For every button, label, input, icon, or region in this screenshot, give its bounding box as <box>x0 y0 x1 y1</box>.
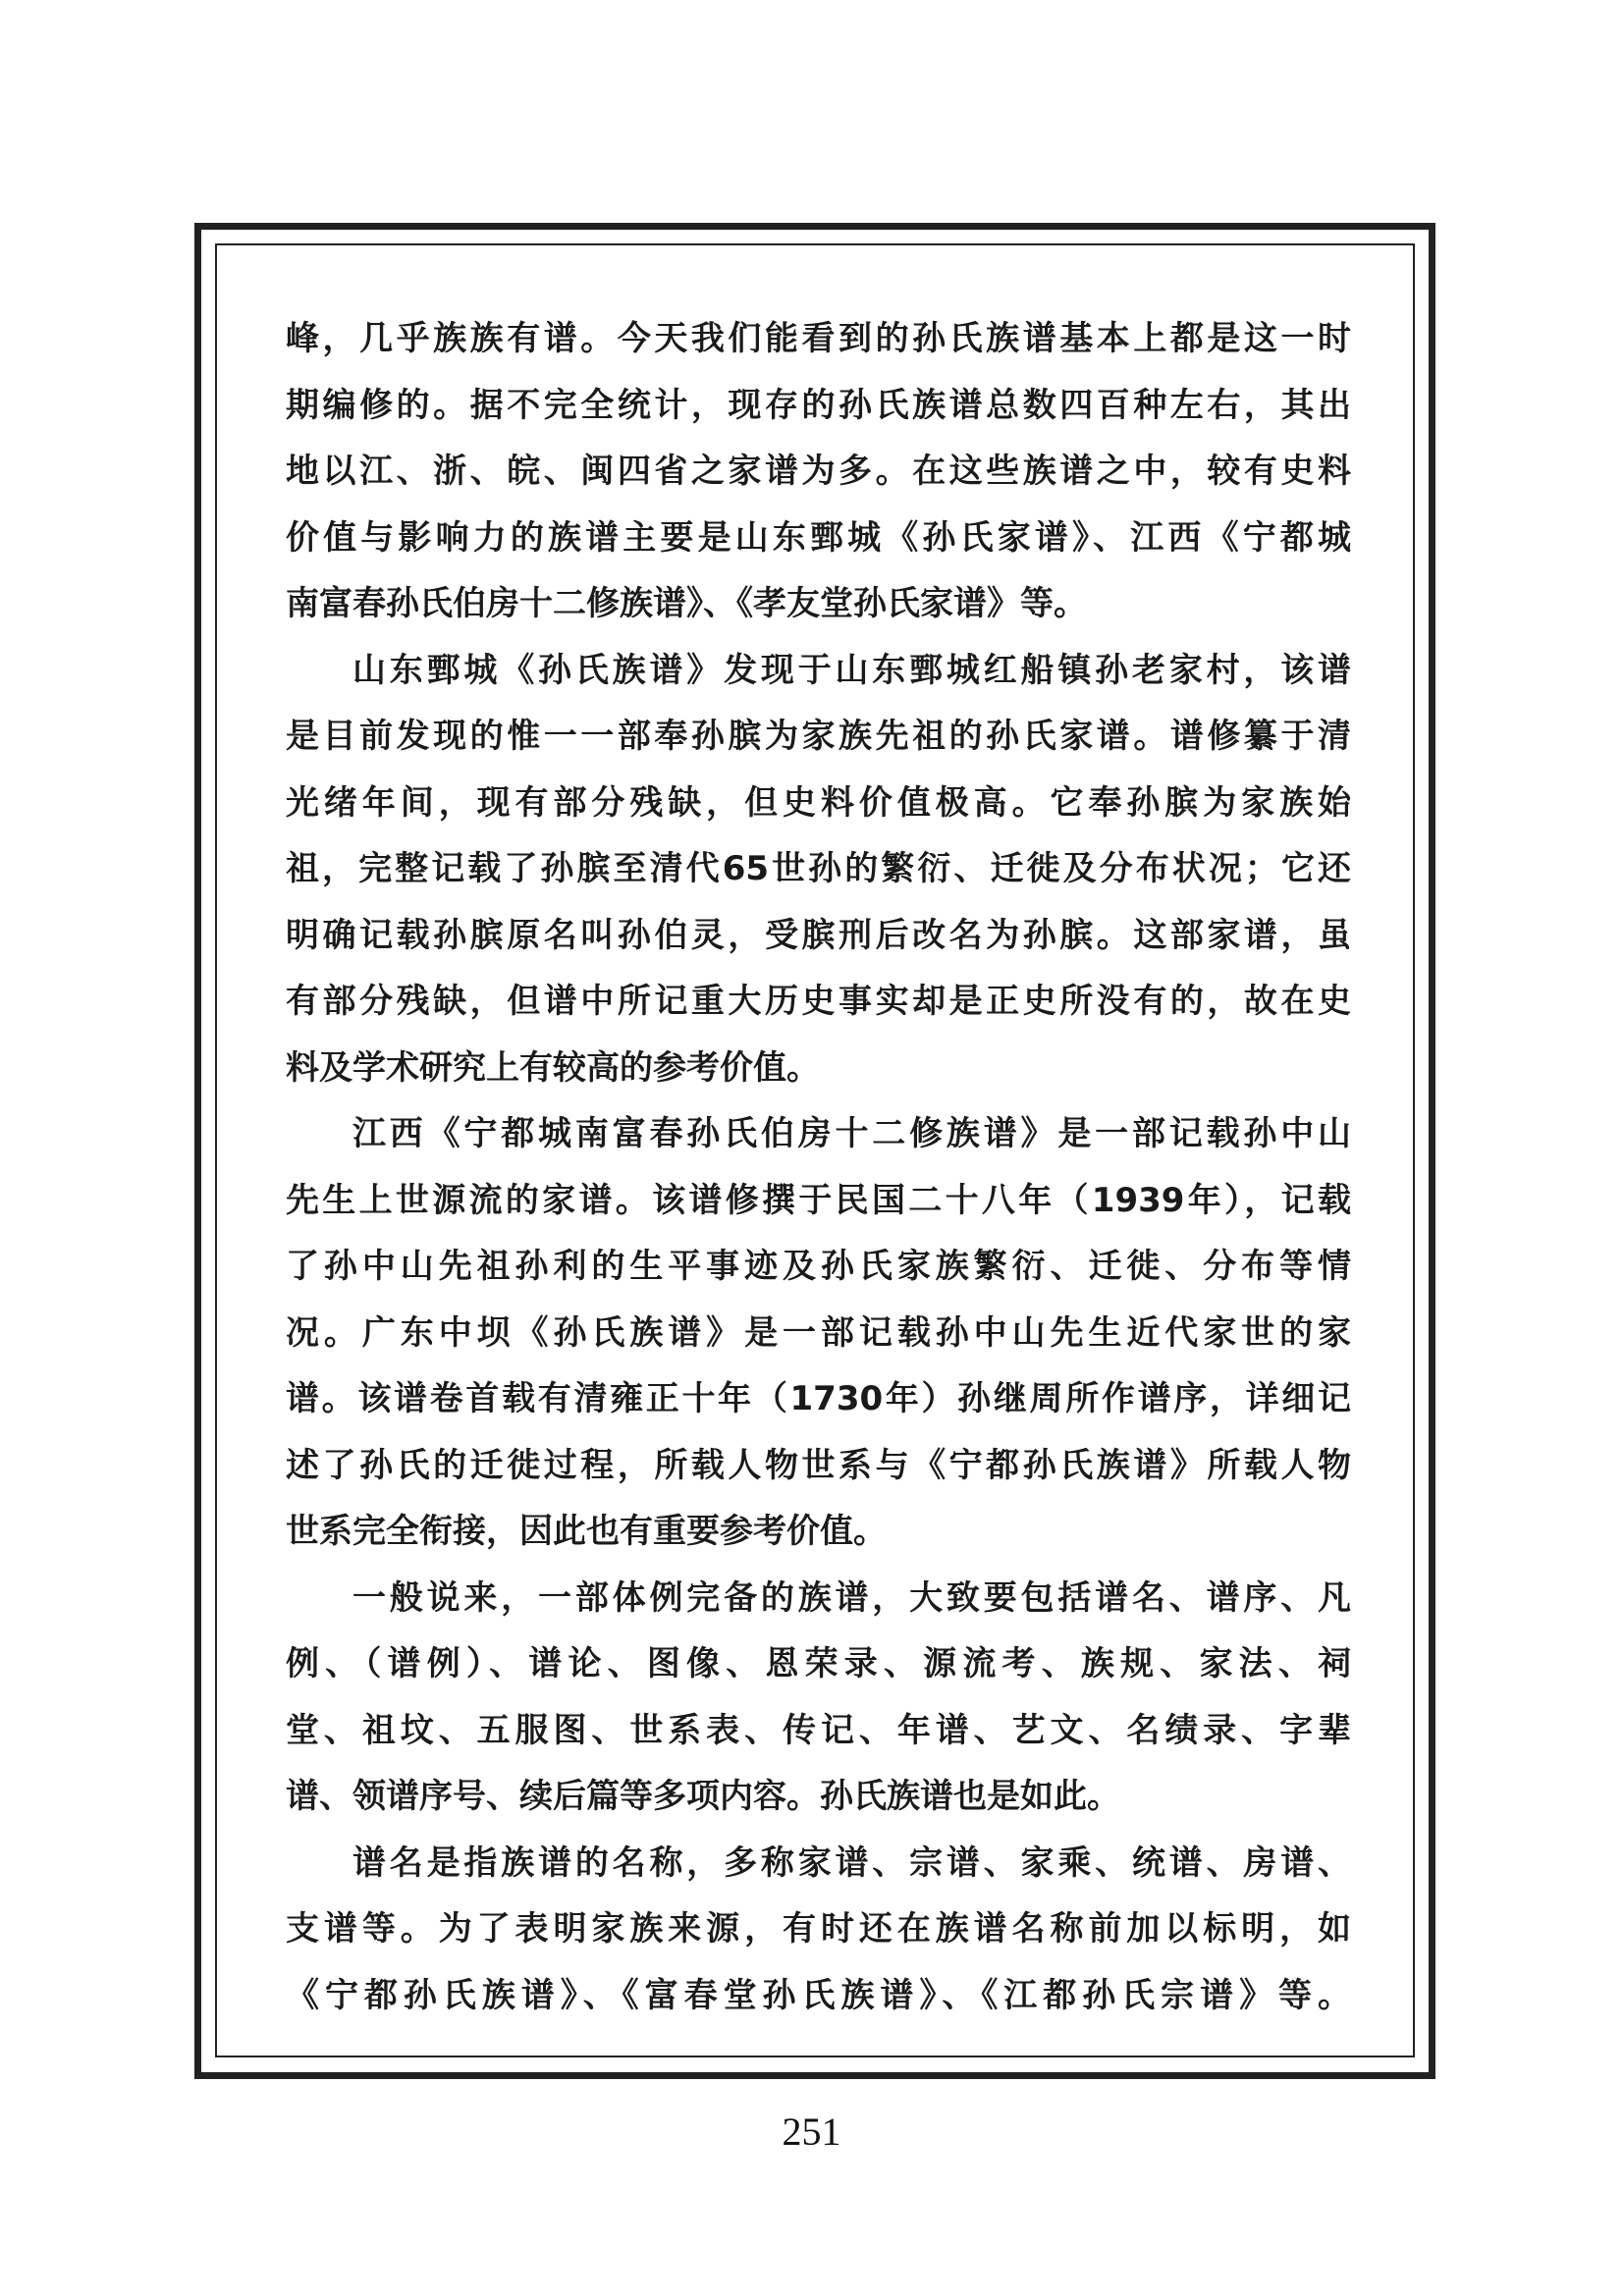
text-line: 谱名是指族谱的名称，多称家谱、宗谱、家乘、统谱、房谱、 <box>286 1831 1351 1897</box>
text-line: 世系完全衔接，因此也有重要参考价值。 <box>286 1499 1351 1566</box>
text-line: 光绪年间，现有部分残缺，但史料价值极高。它奉孙膑为家族始 <box>286 771 1351 837</box>
text-line: 有部分残缺，但谱中所记重大历史事实却是正史所没有的，故在史 <box>286 969 1351 1036</box>
text-line: 明确记载孙膑原名叫孙伯灵，受膑刑后改名为孙膑。这部家谱，虽 <box>286 903 1351 970</box>
text-line: 峰，几乎族族有谱。今天我们能看到的孙氏族谱基本上都是这一时 <box>286 306 1351 373</box>
text-line: 价值与影响力的族谱主要是山东鄄城《孙氏家谱》、江西《宁都城 <box>286 506 1351 572</box>
text-line: 祖，完整记载了孙膑至清代65世孙的繁衍、迁徙及分布状况；它还 <box>286 836 1351 903</box>
text-line: 支谱等。为了表明家族来源，有时还在族谱名称前加以标明，如 <box>286 1896 1351 1963</box>
text-line: 一般说来，一部体例完备的族谱，大致要包括谱名、谱序、凡 <box>286 1566 1351 1632</box>
text-line: 是目前发现的惟一一部奉孙膑为家族先祖的孙氏家谱。谱修纂于清 <box>286 704 1351 771</box>
text-line: 堂、祖坟、五服图、世系表、传记、年谱、艺文、名绩录、字辈 <box>286 1698 1351 1765</box>
text-line: 南富春孙氏伯房十二修族谱》、《孝友堂孙氏家谱》等。 <box>286 571 1351 638</box>
text-line: 了孙中山先祖孙利的生平事迹及孙氏家族繁衍、迁徙、分布等情 <box>286 1234 1351 1301</box>
text-line: 料及学术研究上有较高的参考价值。 <box>286 1036 1351 1102</box>
text-line: 江西《宁都城南富春孙氏伯房十二修族谱》是一部记载孙中山 <box>286 1101 1351 1168</box>
paragraph-2: 山东鄄城《孙氏族谱》发现于山东鄄城红船镇孙老家村，该谱 是目前发现的惟一一部奉孙… <box>286 638 1351 1102</box>
page-number: 251 <box>0 2109 1623 2155</box>
text-line: 期编修的。据不完全统计，现存的孙氏族谱总数四百种左右，其出 <box>286 373 1351 440</box>
text-line: 例、（谱例）、谱论、图像、恩荣录、源流考、族规、家法、祠 <box>286 1631 1351 1698</box>
text-line: 先生上世源流的家谱。该谱修撰于民国二十八年（1939年），记载 <box>286 1168 1351 1235</box>
paragraph-1: 峰，几乎族族有谱。今天我们能看到的孙氏族谱基本上都是这一时 期编修的。据不完全统… <box>286 306 1351 638</box>
text-line: 谱。该谱卷首载有清雍正十年（1730年）孙继周所作谱序，详细记 <box>286 1366 1351 1433</box>
paragraph-5: 谱名是指族谱的名称，多称家谱、宗谱、家乘、统谱、房谱、 支谱等。为了表明家族来源… <box>286 1831 1351 2030</box>
text-line: 谱、领谱序号、续后篇等多项内容。孙氏族谱也是如此。 <box>286 1764 1351 1831</box>
paragraph-3: 江西《宁都城南富春孙氏伯房十二修族谱》是一部记载孙中山 先生上世源流的家谱。该谱… <box>286 1101 1351 1566</box>
paragraph-4: 一般说来，一部体例完备的族谱，大致要包括谱名、谱序、凡 例、（谱例）、谱论、图像… <box>286 1566 1351 1831</box>
text-line: 《宁都孙氏族谱》、《富春堂孙氏族谱》、《江都孙氏宗谱》等。 <box>286 1963 1351 2030</box>
text-line: 地以江、浙、皖、闽四省之家谱为多。在这些族谱之中，较有史料 <box>286 439 1351 506</box>
text-line: 述了孙氏的迁徙过程，所载人物世系与《宁都孙氏族谱》所载人物 <box>286 1433 1351 1500</box>
text-line: 山东鄄城《孙氏族谱》发现于山东鄄城红船镇孙老家村，该谱 <box>286 638 1351 705</box>
body-text: 峰，几乎族族有谱。今天我们能看到的孙氏族谱基本上都是这一时 期编修的。据不完全统… <box>286 306 1351 2029</box>
text-line: 况。广东中坝《孙氏族谱》是一部记载孙中山先生近代家世的家 <box>286 1301 1351 1367</box>
